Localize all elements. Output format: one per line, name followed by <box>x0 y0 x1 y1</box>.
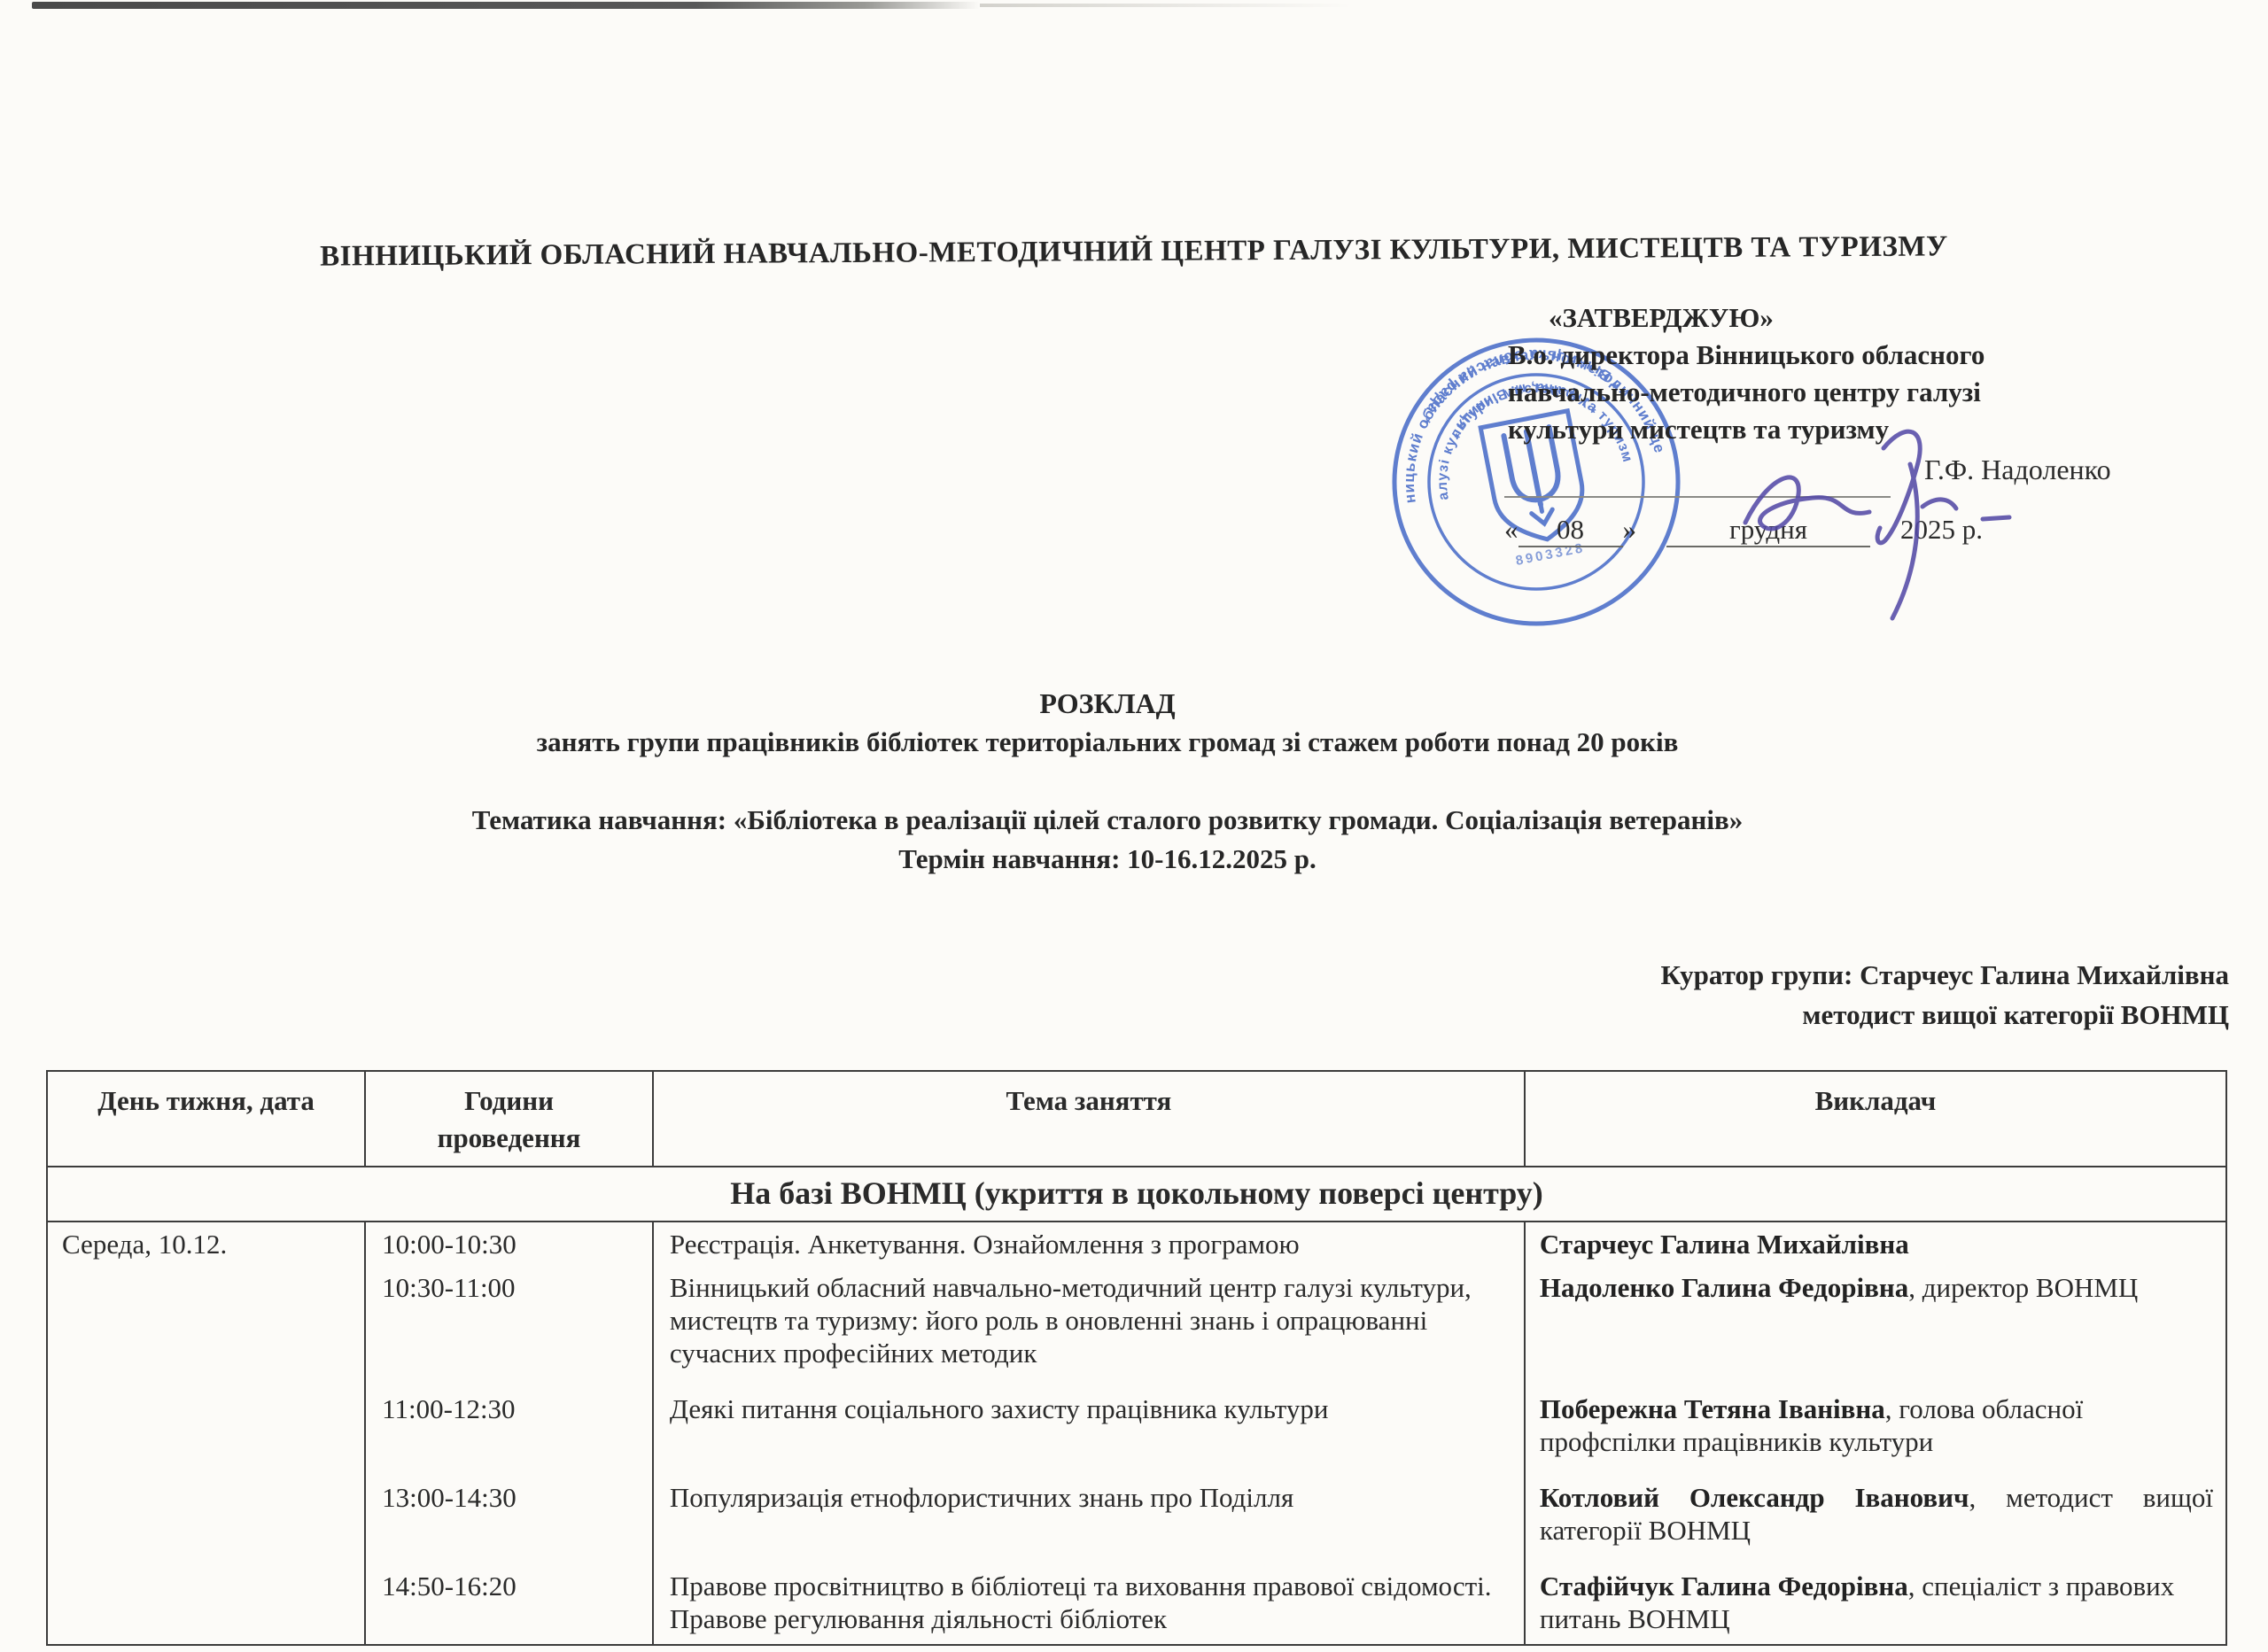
time-cell: 11:00-12:30 <box>365 1387 653 1476</box>
topic-cell: Деякі питання соціального захисту праців… <box>653 1387 1525 1476</box>
curator-line2: методист вищої категорії ВОНМЦ <box>1660 995 2229 1035</box>
lecturer-cell: Котловий Олександр Іванович, методист ви… <box>1525 1476 2226 1564</box>
lecturer-cell: Стафійчук Галина Федорівна, спеціаліст з… <box>1525 1564 2226 1645</box>
schedule-title: РОЗКЛАД <box>0 684 2215 723</box>
schedule-entry-row: 14:50-16:20Правове просвітництво в біблі… <box>47 1564 2226 1645</box>
lecturer-cell: Побережна Тетяна Іванівна, голова обласн… <box>1525 1387 2226 1476</box>
header-topic: Тема заняття <box>653 1071 1525 1167</box>
section-row: На базі ВОНМЦ (укриття в цокольному пове… <box>47 1167 2226 1222</box>
time-cell: 13:00-14:30 <box>365 1476 653 1564</box>
date-day: 08 <box>1518 514 1623 547</box>
scan-edge-artifact <box>32 2 980 9</box>
approval-line: В.о. директора Вінницького обласного <box>1508 337 2199 374</box>
header-day: День тижня, дата <box>47 1071 365 1167</box>
schedule-entry-row: 10:30-11:00Вінницький обласний навчально… <box>47 1266 2226 1387</box>
scan-edge-artifact-faint <box>980 4 1352 7</box>
quote-close: » <box>1623 514 1637 545</box>
lecturer-name: Котловий Олександр Іванович <box>1540 1482 1969 1513</box>
curator-block: Куратор групи: Старчеус Галина Михайлівн… <box>1660 955 2229 1035</box>
organization-title: ВІННИЦЬКИЙ ОБЛАСНИЙ НАВЧАЛЬНО-МЕТОДИЧНИЙ… <box>0 229 2268 275</box>
lecturer-role: , директор ВОНМЦ <box>1908 1272 2138 1303</box>
schedule-body: Середа, 10.12.10:00-10:30Реєстрація. Анк… <box>47 1222 2226 1645</box>
schedule-entry-row: 11:00-12:30Деякі питання соціального зах… <box>47 1387 2226 1476</box>
schedule-subtitle: занять групи працівників бібліотек терит… <box>0 723 2215 762</box>
topic-cell: Вінницький обласний навчально-методичний… <box>653 1266 1525 1387</box>
lecturer-name: Побережна Тетяна Іванівна <box>1540 1393 1885 1424</box>
table-header-row: День тижня, дата Години проведення Тема … <box>47 1071 2226 1167</box>
section-title: На базі ВОНМЦ (укриття в цокольному пове… <box>47 1167 2226 1222</box>
signature-ink <box>1699 390 2116 655</box>
topic-cell: Правове просвітництво в бібліотеці та ви… <box>653 1564 1525 1645</box>
quote-open: « <box>1504 514 1518 545</box>
day-cell: Середа, 10.12. <box>47 1222 365 1645</box>
schedule-theme: Тематика навчання: «Бібліотека в реаліза… <box>0 801 2215 840</box>
lecturer-name: Старчеус Галина Михайлівна <box>1540 1229 1909 1260</box>
curator-line1: Куратор групи: Старчеус Галина Михайлівн… <box>1660 955 2229 995</box>
topic-cell: Популяризація етнофлористичних знань про… <box>653 1476 1525 1564</box>
schedule-entry-row: 13:00-14:30Популяризація етнофлористични… <box>47 1476 2226 1564</box>
schedule-heading-block: РОЗКЛАД занять групи працівників бібліот… <box>0 684 2215 879</box>
time-cell: 10:30-11:00 <box>365 1266 653 1387</box>
lecturer-cell: Старчеус Галина Михайлівна <box>1525 1222 2226 1266</box>
time-cell: 14:50-16:20 <box>365 1564 653 1645</box>
header-lecturer: Викладач <box>1525 1071 2226 1167</box>
lecturer-cell: Надоленко Галина Федорівна, директор ВОН… <box>1525 1266 2226 1387</box>
schedule-entry-row: Середа, 10.12.10:00-10:30Реєстрація. Анк… <box>47 1222 2226 1266</box>
topic-cell: Реєстрація. Анкетування. Ознайомлення з … <box>653 1222 1525 1266</box>
header-hours: Години проведення <box>365 1071 653 1167</box>
lecturer-name: Стафійчук Галина Федорівна <box>1540 1571 1908 1602</box>
time-cell: 10:00-10:30 <box>365 1222 653 1266</box>
schedule-table-wrap: День тижня, дата Години проведення Тема … <box>46 1070 2227 1646</box>
lecturer-name: Надоленко Галина Федорівна <box>1540 1272 1908 1303</box>
schedule-term: Термін навчання: 10-16.12.2025 р. <box>0 840 2215 879</box>
approval-heading: «ЗАТВЕРДЖУЮ» <box>1508 299 2199 337</box>
scanned-document-page: ВІННИЦЬКИЙ ОБЛАСНИЙ НАВЧАЛЬНО-МЕТОДИЧНИЙ… <box>0 0 2268 1652</box>
schedule-table: День тижня, дата Години проведення Тема … <box>46 1070 2227 1646</box>
